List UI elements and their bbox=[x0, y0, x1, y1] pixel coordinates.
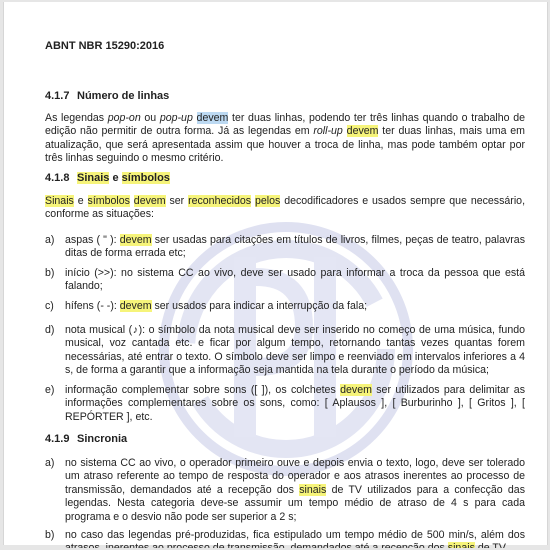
section-heading-4-1-8: 4.1.8Sinais e símbolos bbox=[45, 172, 170, 185]
highlight-yellow: Sinais bbox=[77, 172, 109, 184]
highlight-yellow: sinais bbox=[448, 542, 475, 548]
section-number: 4.1.8 bbox=[45, 172, 77, 185]
list-item: d)nota musical (♪): o símbolo da nota mu… bbox=[45, 324, 525, 378]
list-item: b)início (>>): no sistema CC ao vivo, de… bbox=[45, 267, 525, 294]
highlight-yellow: devem bbox=[340, 384, 372, 396]
highlight-yellow: devem bbox=[120, 300, 152, 312]
section-number: 4.1.9 bbox=[45, 433, 77, 446]
list-item: a)no sistema CC ao vivo, o operador prim… bbox=[45, 457, 525, 524]
list-item: e)informação complementar sobre sons ([ … bbox=[45, 384, 525, 424]
list-text: início (>>): no sistema CC ao vivo, deve… bbox=[65, 267, 525, 294]
document-page: ABNT NBR 15290:2016 4.1.7Número de linha… bbox=[3, 2, 548, 548]
list-text: no sistema CC ao vivo, o operador primei… bbox=[65, 457, 525, 524]
list-item: a)aspas ( " ): devem ser usadas para cit… bbox=[45, 234, 525, 261]
highlight-yellow: devem bbox=[120, 234, 152, 246]
highlight-yellow: símbolos bbox=[122, 172, 170, 184]
list-label: c) bbox=[45, 300, 65, 313]
section-title: Sinais e símbolos bbox=[77, 172, 170, 184]
highlight-yellow: símbolos bbox=[88, 195, 130, 207]
section-heading-4-1-9: 4.1.9Sincronia bbox=[45, 433, 127, 446]
highlight-yellow: pelos bbox=[255, 195, 280, 207]
list-item: b)no caso das legendas pré-produzidas, f… bbox=[45, 529, 525, 548]
list-label: e) bbox=[45, 384, 65, 397]
section-heading-4-1-7: 4.1.7Número de linhas bbox=[45, 90, 169, 103]
list-label: a) bbox=[45, 234, 65, 247]
highlight-yellow: reconhecidos bbox=[188, 195, 251, 207]
text-run: início (>>): no sistema CC ao vivo, deve… bbox=[65, 267, 525, 292]
text-run: ou bbox=[141, 112, 160, 124]
text-run: pop-on bbox=[108, 112, 141, 124]
text-run: e bbox=[109, 172, 121, 184]
text-run: nota musical (♪): o símbolo da nota musi… bbox=[65, 324, 525, 376]
text-run bbox=[193, 112, 197, 124]
text-run: roll-up bbox=[313, 125, 342, 137]
list-label: a) bbox=[45, 457, 65, 470]
list-text: aspas ( " ): devem ser usadas para citaç… bbox=[65, 234, 525, 261]
list-label: b) bbox=[45, 529, 65, 542]
list-text: nota musical (♪): o símbolo da nota musi… bbox=[65, 324, 525, 378]
section-title: Sincronia bbox=[77, 433, 127, 445]
text-run: aspas ( " ): bbox=[65, 234, 120, 246]
highlight-yellow: devem bbox=[347, 125, 379, 137]
text-run: As legendas bbox=[45, 112, 108, 124]
standard-title: ABNT NBR 15290:2016 bbox=[45, 40, 164, 53]
highlight-yellow: sinais bbox=[299, 484, 326, 496]
text-run: hífens (- -): bbox=[65, 300, 120, 312]
text-run: de TV bbox=[475, 542, 506, 548]
text-run: ser bbox=[166, 195, 188, 207]
list-label: d) bbox=[45, 324, 65, 337]
highlight-blue: devem bbox=[197, 112, 229, 124]
list-item: c)hífens (- -): devem ser usados para in… bbox=[45, 300, 525, 313]
section-paragraph: Sinais e símbolos devem ser reconhecidos… bbox=[45, 195, 525, 222]
list-text: informação complementar sobre sons ([ ])… bbox=[65, 384, 525, 424]
list-text: hífens (- -): devem ser usados para indi… bbox=[65, 300, 525, 313]
text-run: ser usados para indicar a interrupção da… bbox=[152, 300, 368, 312]
list-text: no caso das legendas pré-produzidas, fic… bbox=[65, 529, 525, 548]
highlight-yellow: devem bbox=[134, 195, 166, 207]
list-label: b) bbox=[45, 267, 65, 280]
highlight-yellow: Sinais bbox=[45, 195, 74, 207]
section-number: 4.1.7 bbox=[45, 90, 77, 103]
section-paragraph: As legendas pop-on ou pop-up devem ter d… bbox=[45, 112, 525, 166]
text-run: e bbox=[74, 195, 88, 207]
text-run: informação complementar sobre sons ([ ])… bbox=[65, 384, 340, 396]
section-title: Número de linhas bbox=[77, 90, 169, 102]
text-run: pop-up bbox=[160, 112, 193, 124]
